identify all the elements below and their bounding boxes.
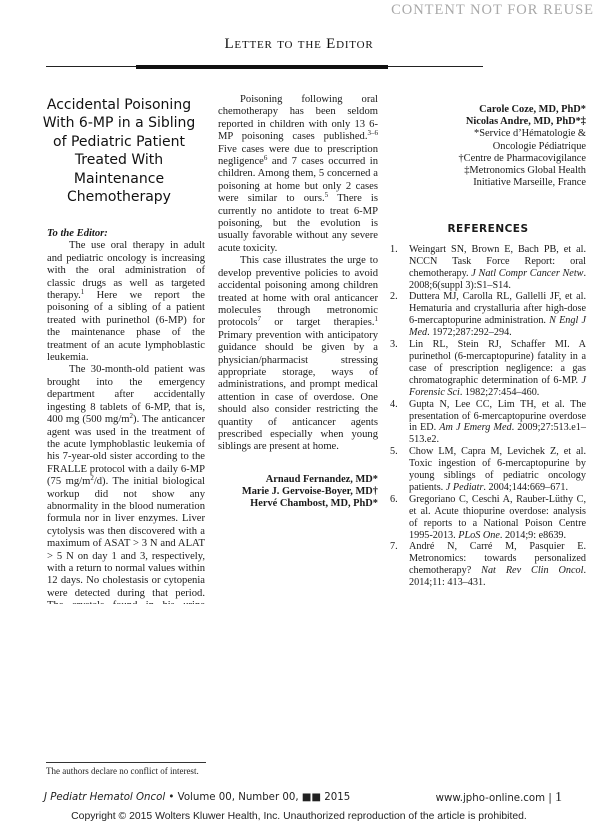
affiliation: ‡Metronomics Global Health Initiative Ma…	[390, 165, 586, 189]
author: Arnaud Fernandez, MD*	[218, 474, 378, 486]
author-list-continued: Carole Coze, MD, PhD* Nicolas Andre, MD,…	[390, 104, 586, 189]
header-rule-accent	[136, 65, 388, 69]
references-heading: REFERENCES	[390, 223, 586, 235]
reference-item: 5.Chow LM, Capra M, Levichek Z, et al. T…	[390, 446, 586, 494]
citation: 1	[375, 315, 379, 323]
affiliation: *Service d’Hématologie & Oncologie Pédia…	[390, 128, 586, 152]
body-column-1: To the Editor: The use oral therapy in a…	[47, 228, 205, 604]
paragraph-3: Poisoning following oral chemotherapy ha…	[218, 94, 378, 255]
copyright-notice: Copyright © 2015 Wolters Kluwer Health, …	[0, 811, 564, 822]
reference-journal: J Pediatr	[446, 482, 484, 493]
reference-citation: . 2014;9: e8639.	[500, 530, 566, 541]
reference-journal: PLoS One	[458, 530, 500, 541]
paragraph-1: The use oral therapy in adult and pediat…	[47, 240, 205, 364]
watermark: CONTENT NOT FOR REUSE	[391, 2, 594, 19]
reference-number: 5.	[390, 446, 398, 458]
journal-name: J Pediatr Hematol Oncol	[44, 792, 165, 803]
journal-website-link[interactable]: www.jpho-online.com	[436, 793, 545, 804]
author-list: Arnaud Fernandez, MD* Marie J. Gervoise-…	[218, 474, 378, 511]
reference-citation: . 1972;287:292–294.	[427, 327, 512, 338]
reference-number: 1.	[390, 244, 398, 256]
reference-journal: Nat Rev Clin Oncol	[481, 565, 583, 576]
affiliation: †Centre de Pharmacovigilance	[390, 153, 586, 165]
footnote-rule	[46, 762, 206, 763]
paragraph-text: /d). The initial biological workup did n…	[47, 476, 205, 604]
reference-citation: . 1982;27:454–460.	[460, 387, 540, 398]
body-column-2: Poisoning following oral chemotherapy ha…	[218, 94, 378, 510]
reference-number: 4.	[390, 399, 398, 411]
reference-text: Lin RL, Stein RJ, Schaffer MI. A purinet…	[409, 339, 586, 386]
citation: 3–6	[368, 129, 379, 137]
reference-item: 3.Lin RL, Stein RJ, Schaffer MI. A purin…	[390, 339, 586, 399]
paragraph-4: This case illustrates the urge to develo…	[218, 255, 378, 454]
paragraph-text: or target therapies.	[261, 317, 375, 328]
author: Marie J. Gervoise-Boyer, MD†	[218, 486, 378, 498]
author: Carole Coze, MD, PhD*	[390, 104, 586, 116]
page-number: 1	[555, 790, 562, 805]
section-heading: Letter to the Editor	[0, 36, 598, 53]
reference-number: 7.	[390, 541, 398, 553]
reference-item: 7.André N, Carré M, Pasquier E. Metronom…	[390, 541, 586, 589]
paragraph-text: Primary prevention with anticipatory gui…	[218, 330, 378, 453]
volume-info: • Volume 00, Number 00, ■■ 2015	[165, 792, 350, 803]
journal-info: J Pediatr Hematol Oncol • Volume 00, Num…	[44, 792, 350, 803]
reference-item: 4.Gupta N, Lee CC, Lim TH, et al. The pr…	[390, 399, 586, 447]
paragraph-text: Poisoning following oral chemotherapy ha…	[218, 94, 378, 142]
author: Nicolas Andre, MD, PhD*‡	[390, 116, 586, 128]
article-title: Accidental Poisoning With 6-MP in a Sibl…	[34, 96, 204, 206]
reference-item: 6.Gregoriano C, Ceschi A, Rauber-Lüthy C…	[390, 494, 586, 542]
reference-item: 1.Weingart SN, Brown E, Bach PB, et al. …	[390, 244, 586, 292]
reference-number: 2.	[390, 291, 398, 303]
salutation: To the Editor:	[47, 228, 205, 240]
reference-citation: . 2004;144:669–671.	[483, 482, 568, 493]
reference-list: 1.Weingart SN, Brown E, Bach PB, et al. …	[390, 244, 586, 589]
reference-journal: J Natl Compr Cancer Netw	[471, 268, 583, 279]
author: Hervé Chambost, MD, PhD*	[218, 498, 378, 510]
body-column-3: Carole Coze, MD, PhD* Nicolas Andre, MD,…	[390, 94, 586, 589]
reference-number: 3.	[390, 339, 398, 351]
reference-number: 6.	[390, 494, 398, 506]
reference-item: 2.Duttera MJ, Carolla RL, Gallelli JF, e…	[390, 291, 586, 339]
page-footer-right: www.jpho-online.com | 1	[436, 790, 562, 806]
paragraph-2: The 30-month-old patient was brought int…	[47, 364, 205, 604]
reference-journal: Am J Emerg Med	[439, 422, 511, 433]
separator: |	[545, 793, 555, 804]
conflict-of-interest-footnote: The authors declare no conflict of inter…	[46, 766, 199, 776]
